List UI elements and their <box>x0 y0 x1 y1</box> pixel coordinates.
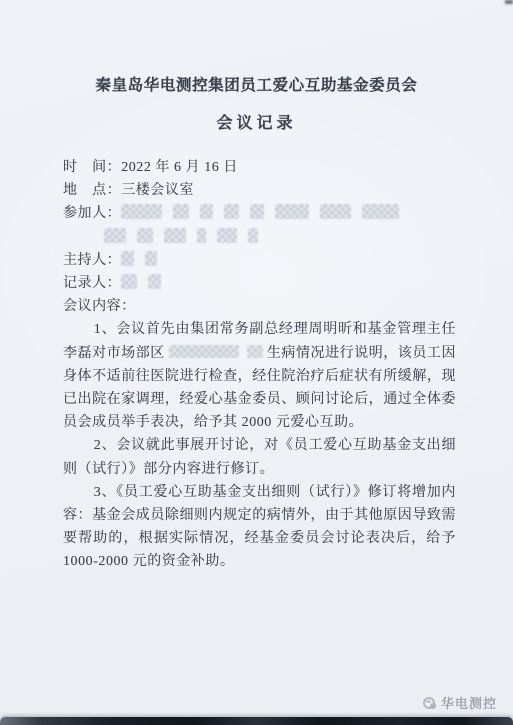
redacted-name-block <box>104 228 126 243</box>
redacted-name-block <box>320 204 351 219</box>
meta-recorder: 记录人： <box>63 272 456 295</box>
redacted-inline-text <box>247 345 263 358</box>
huadian-logo-icon <box>423 697 435 709</box>
redacted-name-block <box>248 228 258 243</box>
redacted-name-block <box>173 204 189 219</box>
redacted-recorder-name <box>121 276 161 291</box>
meta-location-value: 三楼会议室 <box>121 183 194 198</box>
redacted-name-block <box>250 204 264 219</box>
redacted-name-block <box>121 274 137 289</box>
redacted-name-block <box>217 228 237 243</box>
paragraph-3: 3、《员工爱心互助基金支出细则（试行）》修订将增加内容：基金会成员除细则内规定的… <box>63 481 456 574</box>
scan-bottom-shadow <box>0 717 513 725</box>
paragraph-2: 2、会议就此事展开讨论，对《员工爱心互助基金支出细则（试行）》部分内容进行修订。 <box>63 434 456 480</box>
paragraph-1: 1、会议首先由集团常务副总经理周明昕和基金管理主任李磊对市场部区生病情况进行说明… <box>63 318 456 434</box>
meta-host: 主持人： <box>63 249 456 272</box>
document-title: 秦皇岛华电测控集团员工爱心互助基金委员会 <box>0 73 513 95</box>
redacted-name-block <box>200 204 213 219</box>
brand-watermark: 华电测控 <box>423 693 497 712</box>
redacted-name-block <box>275 204 309 219</box>
redacted-inline-text <box>169 345 239 358</box>
scan-corner-artifact <box>505 0 513 4</box>
redacted-name-block <box>121 251 134 266</box>
redacted-name-block <box>148 274 161 289</box>
meta-time-value: 2022 年 6 月 16 日 <box>121 160 238 175</box>
meta-time: 时 间：2022 年 6 月 16 日 <box>63 156 456 179</box>
meta-participants-label: 参加人： <box>63 206 121 221</box>
meta-location: 地 点：三楼会议室 <box>63 179 456 202</box>
meta-recorder-label: 记录人： <box>63 276 121 291</box>
redacted-name-block <box>224 204 239 219</box>
meta-location-label: 地 点： <box>63 183 121 198</box>
redacted-host-name <box>121 253 157 268</box>
redacted-name-block <box>164 228 186 243</box>
meta-time-label: 时 间： <box>63 160 121 175</box>
watermark-text: 华电测控 <box>441 693 497 712</box>
meta-host-label: 主持人： <box>63 253 121 268</box>
redacted-name-block <box>137 228 153 243</box>
redacted-name-block <box>197 228 206 243</box>
scanned-document-page: 秦皇岛华电测控集团员工爱心互助基金委员会 会议记录 时 间：2022 年 6 月… <box>0 0 513 725</box>
content-heading: 会议内容： <box>63 295 456 318</box>
document-subtitle: 会议记录 <box>0 110 513 133</box>
redacted-name-block <box>145 251 157 266</box>
redacted-participant-names-row2 <box>63 226 456 249</box>
redacted-name-block <box>121 204 162 219</box>
redacted-name-block <box>362 204 399 219</box>
meta-participants: 参加人： <box>63 202 456 225</box>
document-body: 时 间：2022 年 6 月 16 日 地 点：三楼会议室 参加人： 主持人： … <box>63 156 456 574</box>
redacted-participant-names <box>121 206 399 221</box>
